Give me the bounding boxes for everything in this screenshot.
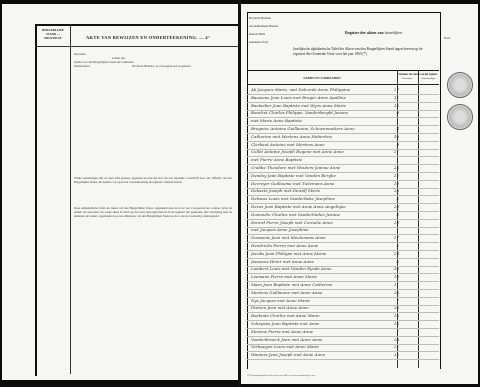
entry-name: Devos Jean Baptiste met Anne Anne Angeli… [251,204,391,209]
entry-number: 16 [391,103,399,108]
header-line: Op heden [74,52,86,56]
header-line: Ondertekend [74,64,90,68]
entry-number: 17 [391,235,399,240]
entry-name: Lambert Louis met Vanden Eynde Anne [251,266,391,271]
entry-name: Janssens Henri met Anne Anne [251,259,391,264]
entry-number: 7 [391,298,399,303]
entry-name: Goossens Jean met Meulemans Anne [251,235,391,240]
entry-number: 23 [391,188,399,193]
entry-number: 10 [391,181,399,186]
entry-number: 19 [391,274,399,279]
entry-number: 29 [391,204,399,209]
entry-name: Collet Antoine Joseph Eugene met Anne An… [251,149,391,154]
left-title: AKTE VAN BEWIJZEN EN ONDERTEEKENING. — 4… [86,35,210,40]
entry-number: 26 [391,290,399,295]
entry-name: Baetselier Jean Baptiste met Wyns Anne M… [251,103,391,108]
entry-name: Decroyer Guillaume met Tielemans Anne [251,181,391,186]
table-row: Wauters Jean Joseph met Anne Anne32 [247,351,439,360]
column-names-header: NAMEN EN VOORNAMEN [247,72,397,85]
entry-name: Mertens Guillaume met Anne Anne [251,290,391,295]
paragraph: Deze Alphabetische Tafel der Akten van d… [74,206,232,218]
right-page: Provincie Brabant Arrondissement Brussel… [241,4,478,384]
entry-name: met Pierre Anne Baptiste [251,157,391,162]
entry-number: 1 [391,329,399,334]
entry-name: Dumoulin Charles met Vanderlinden Jeanne [251,212,391,217]
entry-number: 21 [391,149,399,154]
municipality-label: Gemeente Vorst [249,38,297,46]
side-text: Folio [444,36,450,40]
left-margin-rule [70,24,71,374]
header-left-block: Provincie Brabant Arrondissement Brussel… [249,14,297,46]
entry-name: Hendrickx Pierre met Anne Anne [251,243,391,248]
entry-name: Wauters Jean Joseph met Anne Anne [251,352,391,357]
paragraph: Welke verklaringen zijn tot deze tafel g… [74,176,232,184]
entry-name: Bouchet Charles Philippe, Vanderborght J… [251,110,391,115]
entry-name: Roelants Charles met Anne Marie [251,313,391,318]
entry-name: met Jacques Anne Josephine [251,227,391,232]
entry-name: Brogniez Antoine Guillaume, Schoenmaeker… [251,126,391,131]
entry-number: 13 [391,313,399,318]
entry-name: Peeters Jean met Anne Anne [251,305,391,310]
entry-name: Debaets Joseph met Dewolf Marie [251,188,391,193]
entry-name: Schepens Jean Baptiste met Anne [251,321,391,326]
left-frame [35,24,240,376]
seal-stamp [447,104,473,130]
entry-number: 25 [391,165,399,170]
entry-number: 11 [391,282,399,287]
entry-number: 8 [391,110,399,115]
entry-number: 32 [391,352,399,357]
entry-name: met Marie Anne Baptiste [251,118,391,123]
entry-name: Ab Jacques Marie, met Delcorde Anne Phil… [251,87,391,92]
register-value: huwelijken [385,30,402,35]
left-badge: BURGERLIJKE STAND — PROVINCIE [38,28,68,40]
entry-number: 3 [391,212,399,217]
entry-number: 30 [391,266,399,271]
entry-number: 27 [391,87,399,92]
province-label: Provincie Brabant [249,14,297,22]
entry-number: 15 [391,321,399,326]
entry-number: 9 [391,142,399,147]
entry-name: Stevens Pierre met Anne Anne [251,329,391,334]
left-header-rule [35,46,238,47]
entry-name: Delvaux Louis met Vanderbeke Josephine [251,196,391,201]
entry-name: Vandenbroeck Jean met Anne Anne [251,337,391,342]
entry-number: 18 [391,134,399,139]
register-title: Register der akten van huwelijken [345,30,402,35]
description: Jaarlijksche alphabetische Tafel der Akt… [293,47,433,57]
left-page: BURGERLIJKE STAND — PROVINCIE AKTE VAN B… [2,4,238,380]
footnote: (*) Bekendgemaakt in den loop van 1863 e… [247,374,316,377]
gemeente-value: Vorst [327,52,334,56]
entry-name: Catherine met Mertens Anne Hubertine [251,134,391,139]
entry-number: 24 [391,251,399,256]
canton-label: Kanton Halle [249,30,297,38]
arrondissement-label: Arrondissement Brussel [249,22,297,30]
entry-name: Jacobs Jean Philippe met Anne Marie [251,251,391,256]
entry-number: 5 [391,196,399,201]
entry-name: Evrard Pierre Joseph met Cornelie Anne [251,220,391,225]
entry-name: Crabbe Theodore met Wouters Jeanne Anne [251,165,391,170]
entry-name: Clerbaut Antoine met Mertens Anne [251,142,391,147]
entry-number: 4 [391,126,399,131]
entry-name: Leemans Pierre met Anne Marie [251,274,391,279]
entry-number: 6 [391,259,399,264]
entry-name: Verhaegen Louis met Anne Marie [251,344,391,349]
entry-number: 14 [391,220,399,225]
entry-number: 28 [391,337,399,342]
entry-number: 31 [391,95,399,100]
entry-name: Bauwens Jean Louis met Bruger Anne Apoll… [251,95,391,100]
entry-number: 20 [391,305,399,310]
year-text: voor het jaar 1863 (*). [335,52,367,56]
header-line: Provincie Brabant, op vervoegenoord en g… [132,64,190,68]
entry-number: 12 [391,173,399,178]
entry-name: Dandoy Jean Baptiste met Vanden Berghe [251,173,391,178]
entry-name: Maes Jean Baptiste met Anne Catherine [251,282,391,287]
entry-number: 2 [391,243,399,248]
entry-name: Nys Jacques met Anne Marie [251,298,391,303]
entry-number: 22 [391,344,399,349]
seal-stamp [447,72,473,98]
